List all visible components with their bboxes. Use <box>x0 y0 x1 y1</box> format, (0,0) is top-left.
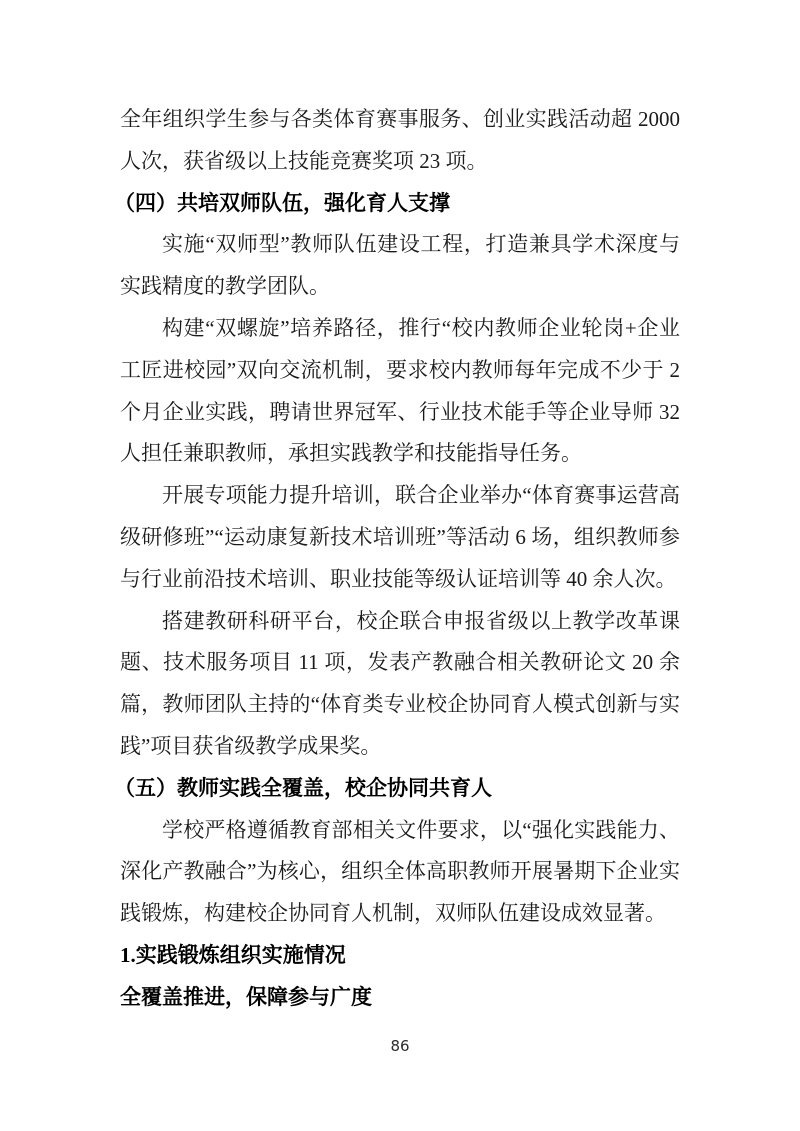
body-paragraph: 构建“双螺旋”培养路径，推行“校内教师企业轮岗+企业工匠进校园”双向交流机制，要… <box>120 308 680 475</box>
document-page: 全年组织学生参与各类体育赛事服务、创业实践活动超 2000 人次，获省级以上技能… <box>0 0 800 1131</box>
numbered-subheading: 1.实践锻炼组织实施情况 <box>120 935 680 977</box>
body-paragraph: 实施“双师型”教师队伍建设工程，打造兼具学术深度与实践精度的教学团队。 <box>120 224 680 308</box>
body-paragraph: 学校严格遵循教育部相关文件要求，以“强化实践能力、深化产教融合”为核心，组织全体… <box>120 810 680 935</box>
document-body: 全年组织学生参与各类体育赛事服务、创业实践活动超 2000 人次，获省级以上技能… <box>120 99 680 1019</box>
body-paragraph-continuation: 全年组织学生参与各类体育赛事服务、创业实践活动超 2000 人次，获省级以上技能… <box>120 99 680 183</box>
body-paragraph: 开展专项能力提升培训，联合企业举办“体育赛事运营高级研修班”“运动康复新技术培训… <box>120 475 680 600</box>
section-heading-4: （四）共培双师队伍，强化育人支撑 <box>120 183 680 225</box>
section-heading-5: （五）教师实践全覆盖，校企协同共育人 <box>120 768 680 810</box>
page-footer: 86 <box>0 1037 800 1056</box>
page-number: 86 <box>390 1037 409 1055</box>
body-paragraph: 搭建教研科研平台，校企联合申报省级以上教学改革课题、技术服务项目 11 项，发表… <box>120 601 680 768</box>
bold-subheading: 全覆盖推进，保障参与广度 <box>120 977 680 1019</box>
